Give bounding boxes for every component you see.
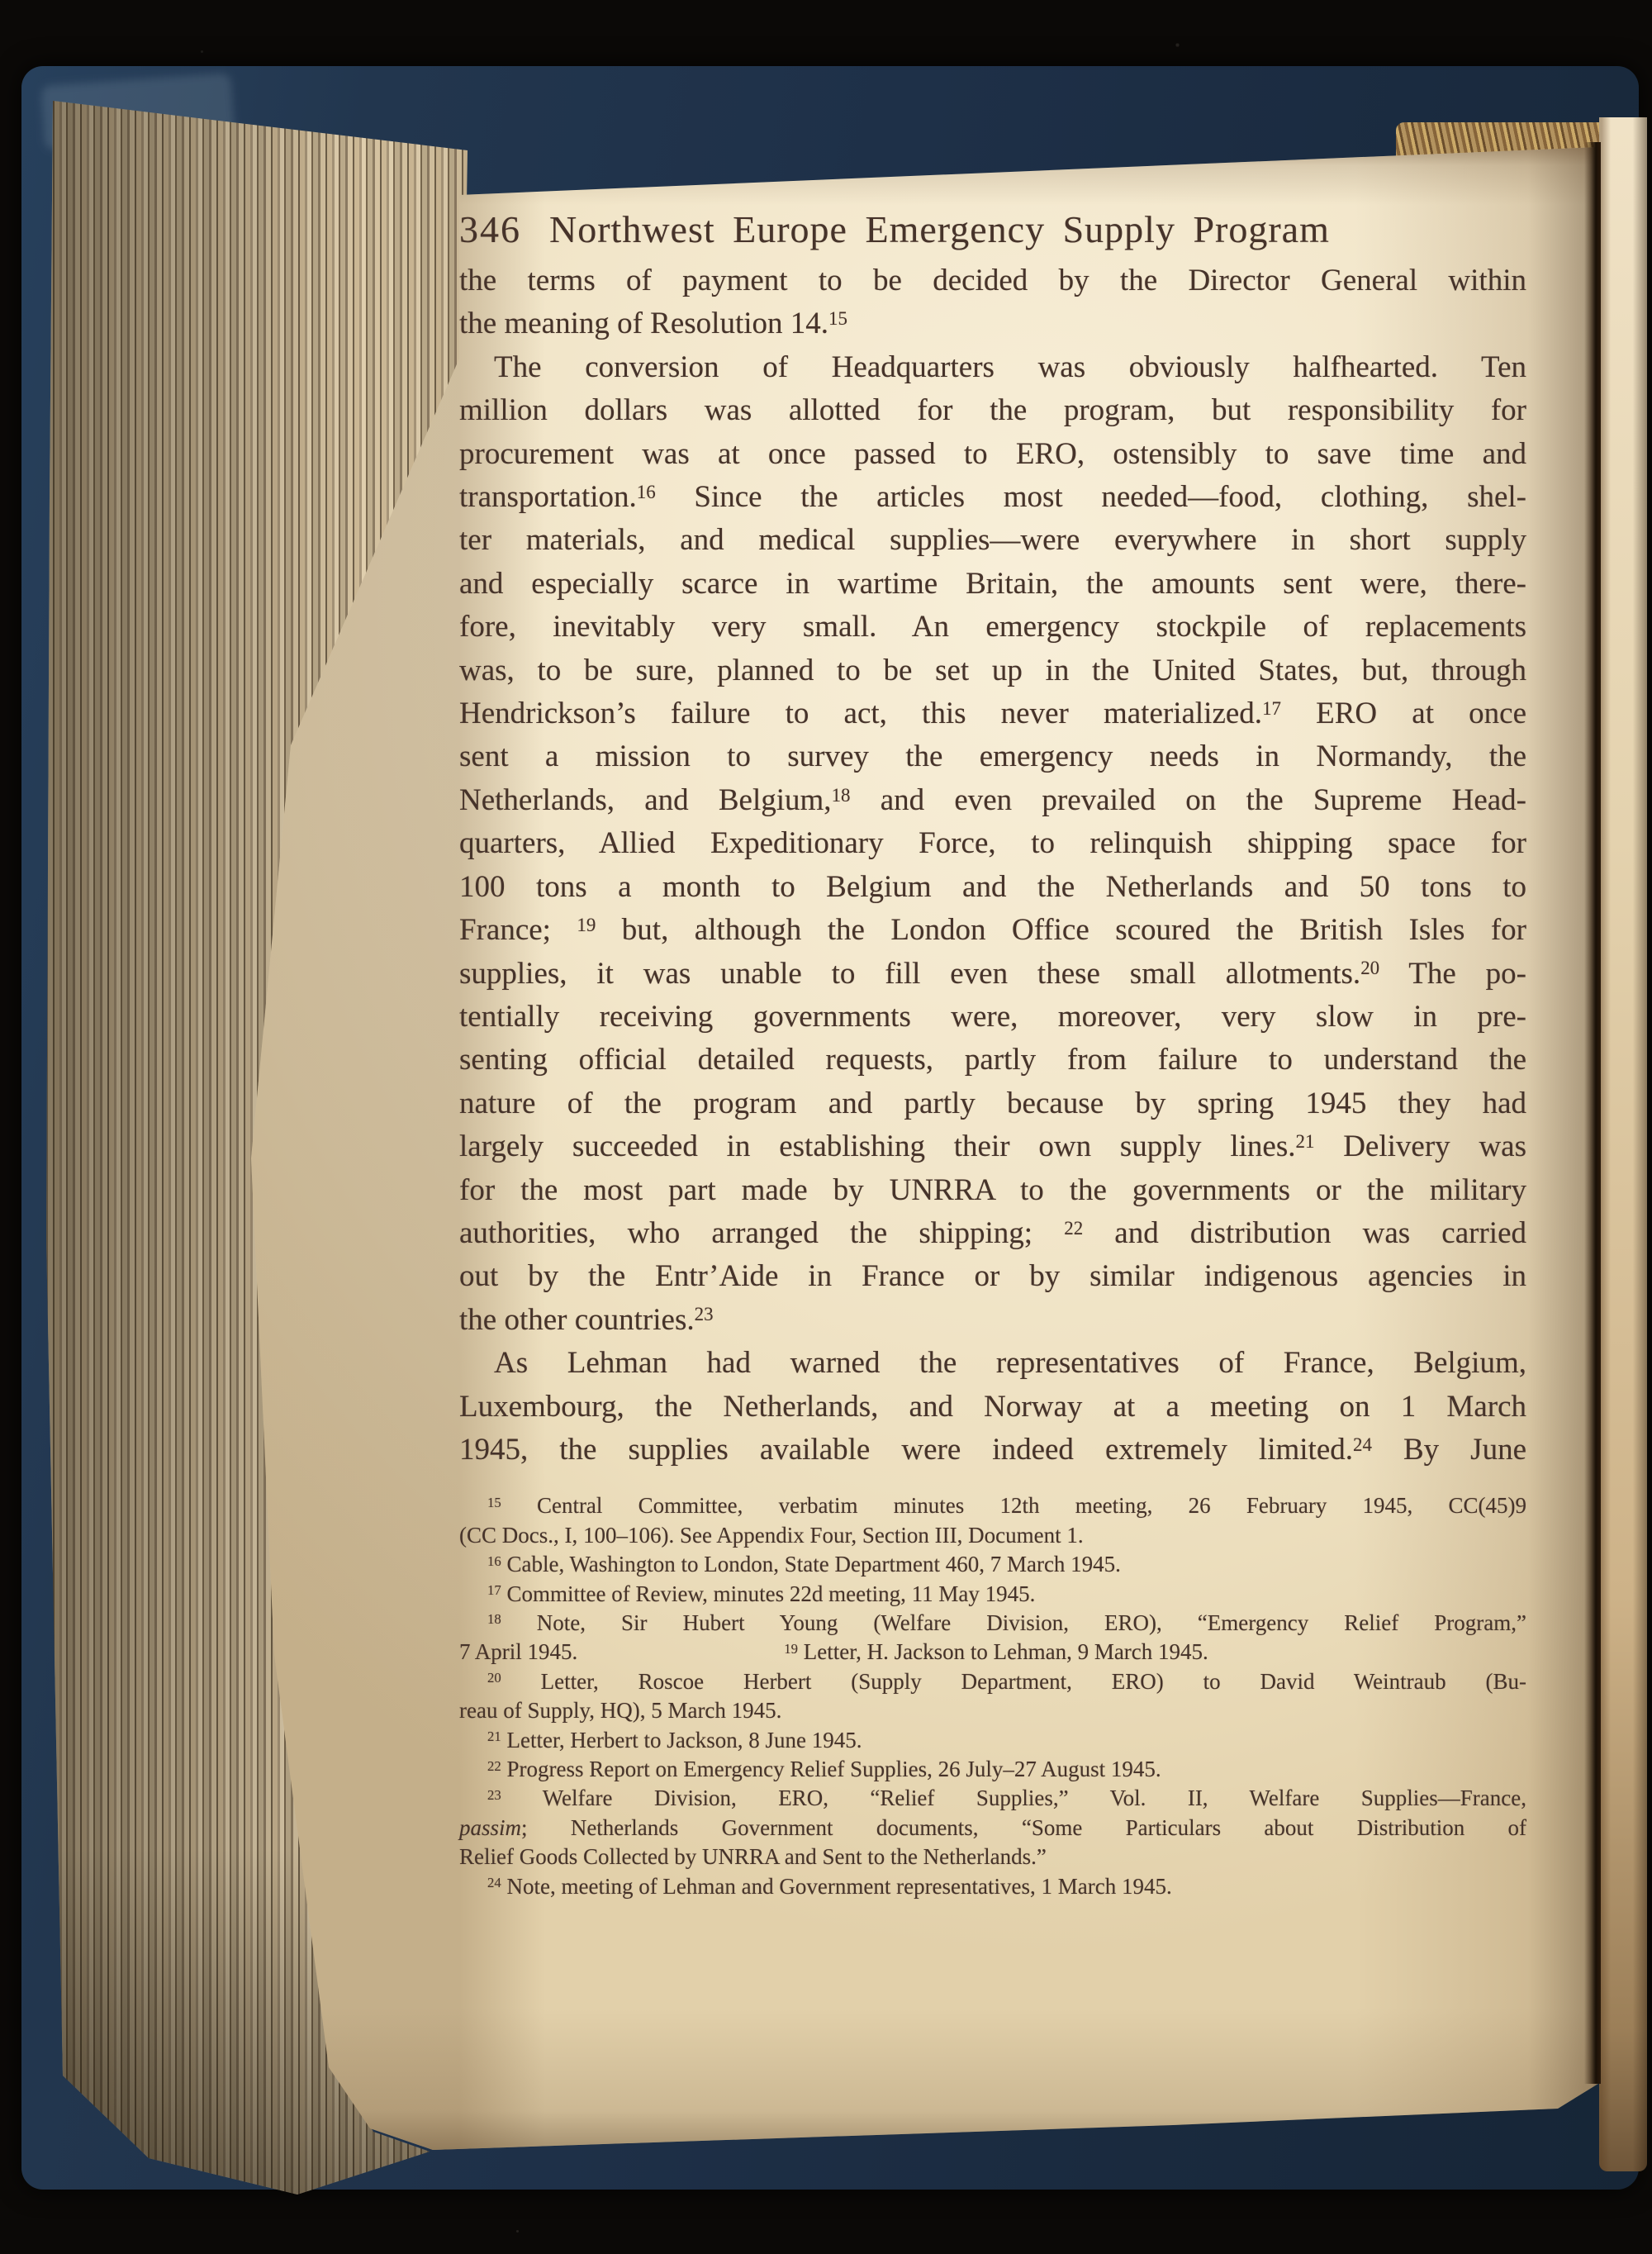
footnote-line: passim; Netherlands Government documents…	[459, 1814, 1526, 1843]
footnote-line: reau of Supply, HQ), 5 March 1945.	[459, 1696, 1526, 1725]
footnote-line: 16 Cable, Washington to London, State De…	[459, 1550, 1526, 1579]
body-line: out by the Entr’Aide in France or by sim…	[459, 1255, 1526, 1298]
body-line: procurement was at once passed to ERO, o…	[459, 433, 1526, 476]
footnote-line: 18 Note, Sir Hubert Young (Welfare Divis…	[459, 1609, 1526, 1638]
body-line: As Lehman had warned the representatives…	[459, 1342, 1526, 1385]
body-line: for the most part made by UNRRA to the g…	[459, 1169, 1526, 1212]
body-line: 100 tons a month to Belgium and the Neth…	[459, 866, 1526, 909]
footnote-line: 23 Welfare Division, ERO, “Relief Suppli…	[459, 1784, 1526, 1813]
body-line: 1945, the supplies available were indeed…	[459, 1429, 1526, 1472]
body-line: the meaning of Resolution 14.15	[459, 302, 1526, 345]
body-line: the other countries.23	[459, 1299, 1526, 1342]
book-photo: 346 Northwest Europe Emergency Supply Pr…	[0, 0, 1652, 2254]
facing-page-edge	[1599, 117, 1647, 2171]
body-line: Netherlands, and Belgium,18 and even pre…	[459, 779, 1526, 822]
body-line: ter materials, and medical supplies—were…	[459, 519, 1526, 562]
body-line: sent a mission to survey the emergency n…	[459, 735, 1526, 778]
dust-specks	[0, 0, 1, 1]
body-line: fore, inevitably very small. An emergenc…	[459, 606, 1526, 649]
body-line: was, to be sure, planned to be set up in…	[459, 649, 1526, 692]
page-number: 346	[459, 205, 521, 254]
body-line: million dollars was allotted for the pro…	[459, 389, 1526, 432]
footnote-line: 21 Letter, Herbert to Jackson, 8 June 19…	[459, 1726, 1526, 1755]
body-line: France; 19 but, although the London Offi…	[459, 909, 1526, 952]
body-line: transportation.16 Since the articles mos…	[459, 476, 1526, 519]
footnote-line: (CC Docs., I, 100–106). See Appendix Fou…	[459, 1521, 1526, 1550]
body-line: supplies, it was unable to fill even the…	[459, 953, 1526, 996]
footnote-line: 22 Progress Report on Emergency Relief S…	[459, 1755, 1526, 1784]
footnote-line: 20 Letter, Roscoe Herbert (Supply Depart…	[459, 1667, 1526, 1696]
body-text: the terms of payment to be decided by th…	[459, 259, 1526, 1472]
body-line: the terms of payment to be decided by th…	[459, 259, 1526, 302]
page-content: 346 Northwest Europe Emergency Supply Pr…	[459, 205, 1526, 1901]
footnote-line: Relief Goods Collected by UNRRA and Sent…	[459, 1843, 1526, 1871]
page-header: 346 Northwest Europe Emergency Supply Pr…	[459, 205, 1526, 258]
body-line: quarters, Allied Expeditionary Force, to…	[459, 822, 1526, 865]
body-line: and especially scarce in wartime Britain…	[459, 563, 1526, 606]
body-line: largely succeeded in establishing their …	[459, 1125, 1526, 1168]
body-line: tentially receiving governments were, mo…	[459, 996, 1526, 1039]
footnotes: 15 Central Committee, verbatim minutes 1…	[459, 1491, 1526, 1901]
body-line: nature of the program and partly because…	[459, 1082, 1526, 1125]
gutter-shadow	[1584, 142, 1601, 2084]
body-line: Luxembourg, the Netherlands, and Norway …	[459, 1386, 1526, 1429]
footnote-line: 17 Committee of Review, minutes 22d meet…	[459, 1580, 1526, 1609]
footnote-line: 15 Central Committee, verbatim minutes 1…	[459, 1491, 1526, 1520]
footnote-line: 24 Note, meeting of Lehman and Governmen…	[459, 1872, 1526, 1901]
body-line: authorities, who arranged the shipping; …	[459, 1212, 1526, 1255]
running-title: Northwest Europe Emergency Supply Progra…	[549, 205, 1330, 254]
body-line: The conversion of Headquarters was obvio…	[459, 346, 1526, 389]
body-line: senting official detailed requests, part…	[459, 1039, 1526, 1082]
footnote-line: 7 April 1945.19 Letter, H. Jackson to Le…	[459, 1638, 1526, 1667]
body-line: Hendrickson’s failure to act, this never…	[459, 692, 1526, 735]
